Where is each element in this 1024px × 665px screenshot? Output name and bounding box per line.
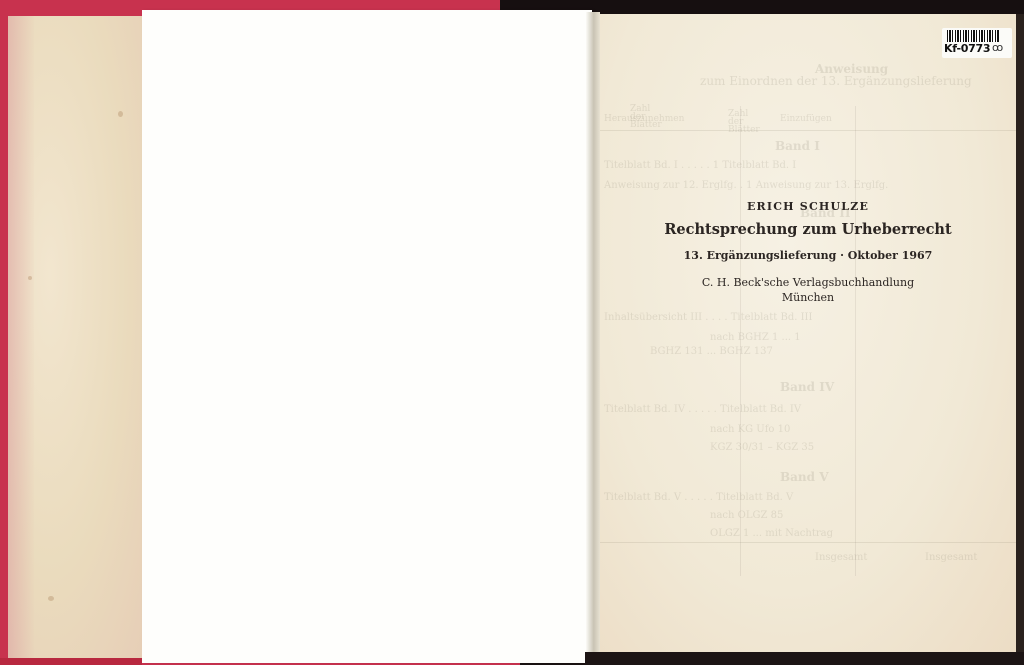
handwritten-mark: ꝏ — [992, 41, 1003, 54]
supplement-edition: 13. Ergänzungslieferung · Oktober 1967 — [600, 249, 1016, 262]
bleed-row: nach KG Ufo 10 — [710, 424, 790, 435]
bleed-rule — [600, 130, 1016, 131]
bleed-row: KGZ 30/31 – KGZ 35 — [710, 442, 814, 453]
bleed-subheading: zum Einordnen der 13. Ergänzungslieferun… — [700, 74, 972, 88]
bleed-row: Titelblatt Bd. IV . . . . . Titelblatt B… — [604, 404, 801, 415]
bleed-row: Titelblatt Bd. I . . . . . 1 Titelblatt … — [604, 160, 796, 171]
bleed-column-rule — [740, 106, 741, 576]
endpaper — [8, 16, 148, 662]
foxing-spot — [28, 276, 32, 280]
bleed-row: Inhaltsübersicht III . . . . Titelblatt … — [604, 312, 812, 323]
foxing-spot — [118, 111, 123, 117]
page-edge-shadow — [1016, 14, 1024, 654]
bleed-section: Band IV — [780, 380, 834, 394]
book-title: Rechtsprechung zum Urheberrecht — [600, 221, 1016, 238]
bleed-row: nach OLGZ 85 — [710, 510, 783, 521]
library-barcode-label: Kf-0773 ꝏ — [942, 28, 1012, 58]
bleed-footer: Insgesamt — [925, 552, 977, 563]
background-shadow — [585, 652, 1024, 665]
publisher-city: München — [600, 291, 1016, 304]
bleed-row: nach BGHZ 1 ... 1 — [710, 332, 801, 343]
bleed-row: Anweisung zur 12. Erglfg. . 1 Anweisung … — [604, 180, 888, 191]
bleed-row: Titelblatt Bd. V . . . . . Titelblatt Bd… — [604, 492, 793, 503]
bleed-rule — [600, 542, 1016, 543]
bleed-col-header: Einzufügen — [780, 114, 832, 124]
library-code: Kf-0773 — [944, 42, 990, 55]
cover-bottom-edge — [0, 658, 142, 665]
title-page: Anweisung zum Einordnen der 13. Ergänzun… — [600, 14, 1016, 654]
bleed-section: Band I — [775, 139, 820, 153]
publisher-name: C. H. Beck'sche Verlagsbuchhandlung — [600, 276, 1016, 289]
bleed-row: OLGZ 1 ... mit Nachtrag — [710, 528, 833, 539]
author-name: ERICH SCHULZE — [600, 200, 1016, 213]
blank-leaf — [142, 10, 592, 663]
bleed-row: BGHZ 131 ... BGHZ 137 — [650, 346, 773, 357]
foxing-spot — [48, 596, 54, 601]
bleed-section: Band V — [780, 470, 829, 484]
book-gutter — [586, 12, 600, 652]
bleed-col-header: Zahl der Blätter — [630, 105, 660, 129]
bleed-footer: Insgesamt — [815, 552, 867, 563]
bleed-column-rule — [855, 106, 856, 576]
